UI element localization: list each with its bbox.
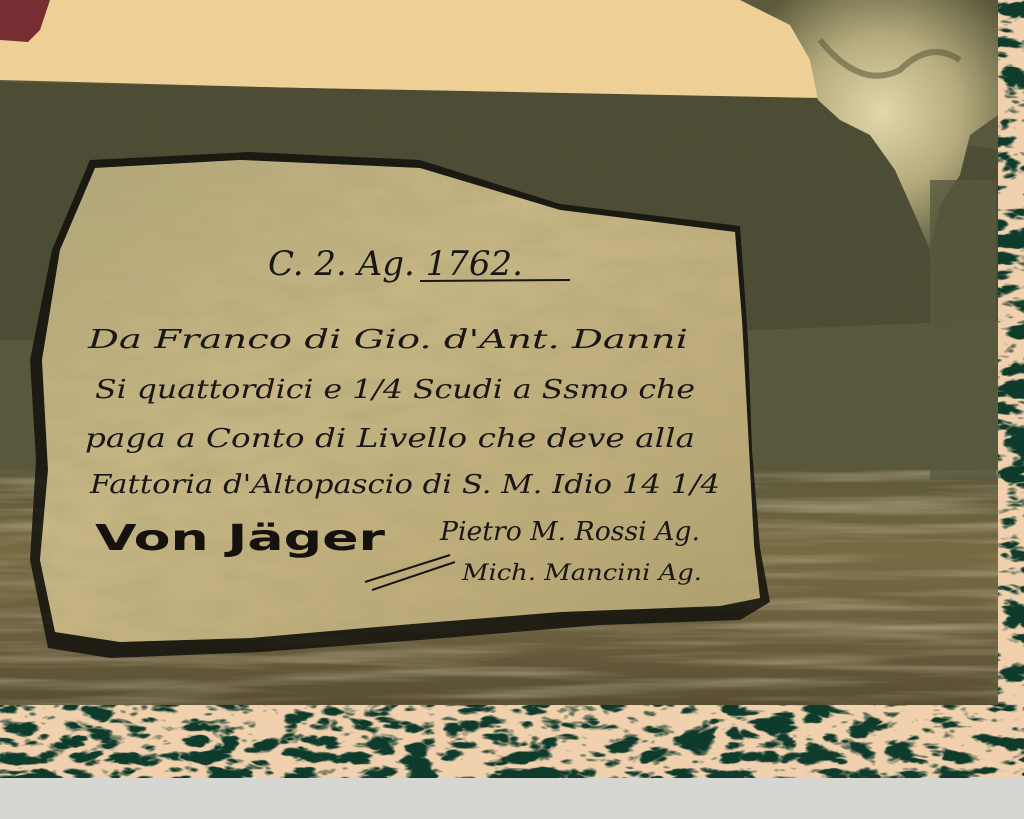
- painting-photo: C. 2. Ag. 1762. Da Franco di Gio. d'Ant.…: [0, 0, 1024, 819]
- signature: Von Jäger: [95, 518, 385, 559]
- letter-heading: C. 2. Ag. 1762.: [268, 244, 523, 284]
- letter-line-2: Si quattordici e 1/4 Scudi a Ssmo che: [95, 375, 695, 405]
- letter-line-3: paga a Conto di Livello che deve alla: [85, 424, 695, 454]
- letter-line-4: Fattoria d'Altopascio di S. M. Idio 14 1…: [89, 470, 720, 500]
- countersign-1: Pietro M. Rossi Ag.: [439, 517, 700, 547]
- countersign-2: Mich. Mancini Ag.: [461, 561, 702, 586]
- letter-line-1: Da Franco di Gio. d'Ant. Danni: [87, 325, 688, 355]
